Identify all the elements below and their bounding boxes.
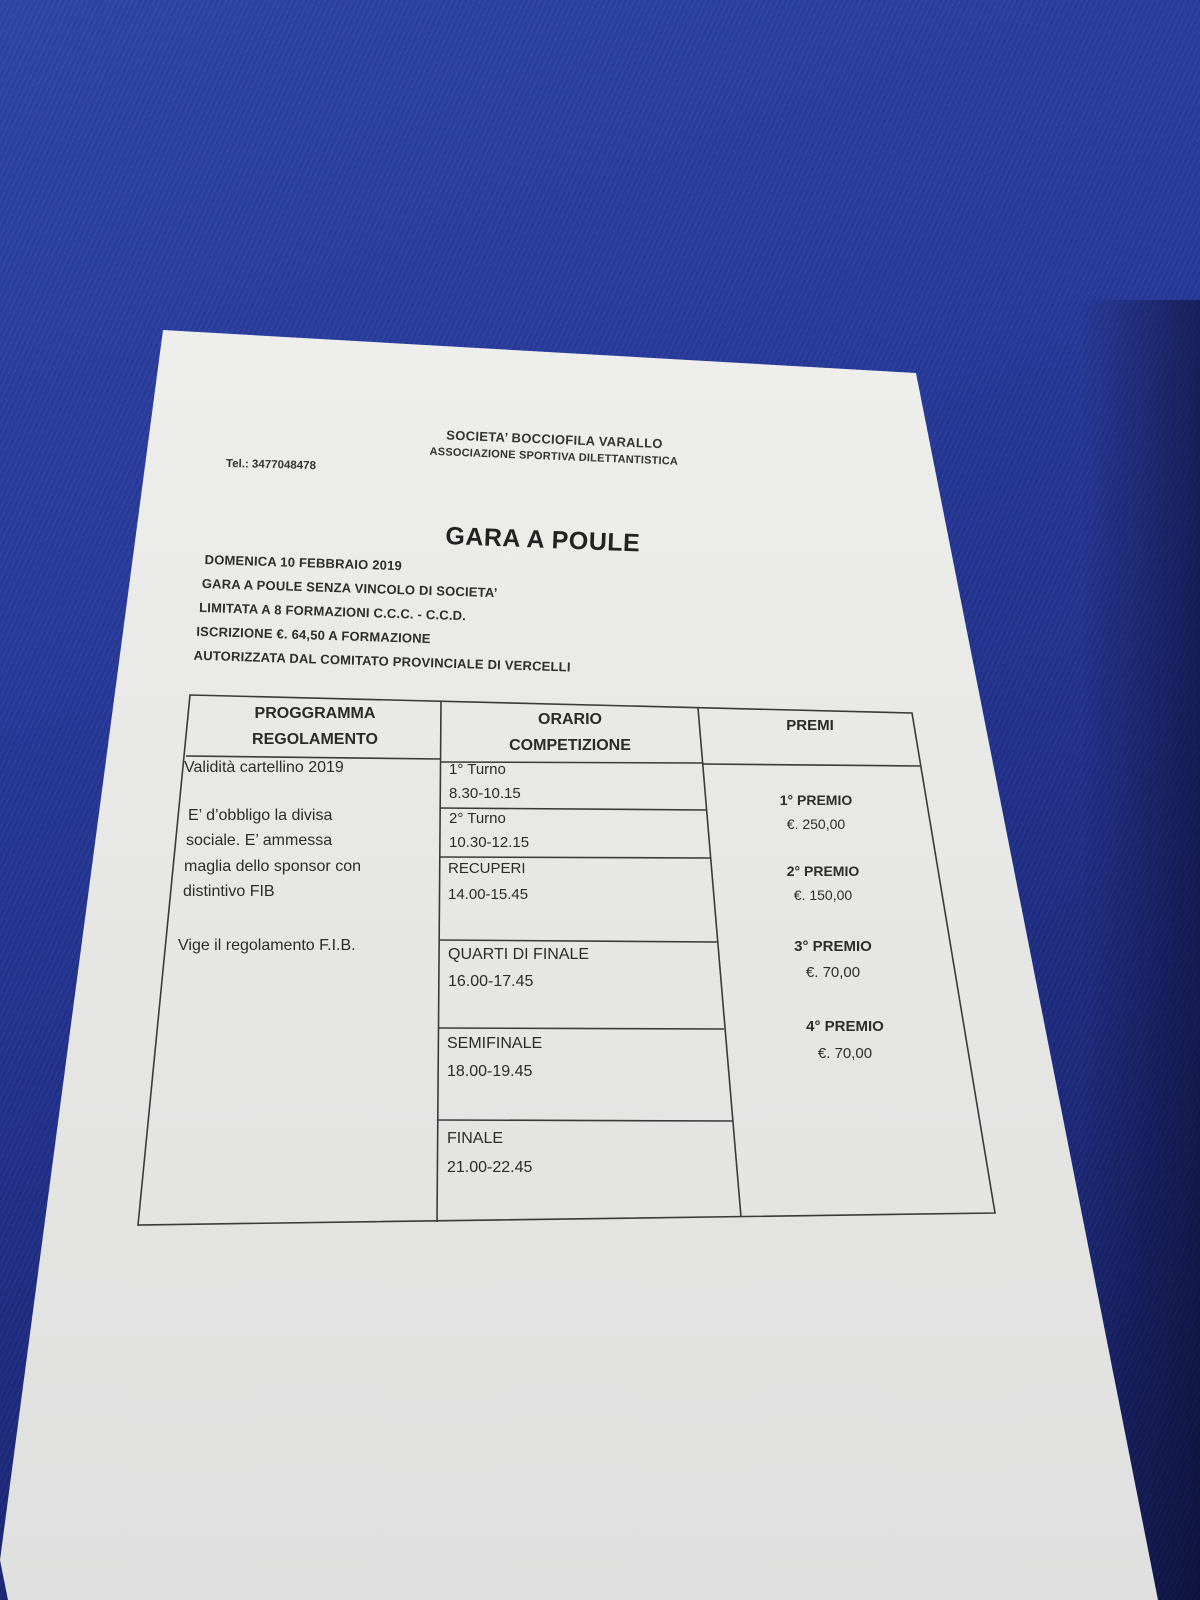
prize-amount: €. 150,00 — [753, 883, 893, 907]
prize-amount: €. 250,00 — [746, 812, 886, 836]
prize-label: 4° PREMIO — [775, 1013, 915, 1040]
schedule-row: 2° Turno 10.30-12.15 — [449, 807, 529, 855]
header-orario-line1: ORARIO — [455, 707, 685, 733]
header-programma: PROGGRAMMA REGOLAMENTO — [200, 701, 430, 753]
header-orario: ORARIO COMPETIZIONE — [455, 707, 685, 759]
schedule-time: 10.30-12.15 — [449, 831, 529, 855]
header-orario-line2: COMPETIZIONE — [455, 733, 685, 759]
schedule-phase: FINALE — [447, 1124, 532, 1153]
schedule-row: 1° Turno 8.30-10.15 — [449, 758, 521, 806]
schedule-row: QUARTI DI FINALE 16.00-17.45 — [448, 941, 589, 995]
prize-amount: €. 70,00 — [763, 960, 903, 986]
prize-item: 1° PREMIO €. 250,00 — [746, 788, 886, 836]
reg-validity: Validità cartellino 2019 — [184, 755, 344, 780]
schedule-phase: 2° Turno — [449, 807, 529, 831]
schedule-time: 18.00-19.45 — [447, 1058, 542, 1086]
schedule-row: RECUPERI 14.00-15.45 — [448, 856, 528, 908]
schedule-row: FINALE 21.00-22.45 — [447, 1124, 532, 1182]
header-programma-line2: REGOLAMENTO — [200, 727, 430, 753]
schedule-row: SEMIFINALE 18.00-19.45 — [447, 1030, 542, 1086]
prize-label: 2° PREMIO — [753, 859, 893, 883]
prize-item: 4° PREMIO €. 70,00 — [775, 1013, 915, 1067]
header-programma-line1: PROGGRAMMA — [200, 701, 430, 727]
prize-label: 1° PREMIO — [746, 788, 886, 812]
prize-item: 3° PREMIO €. 70,00 — [763, 934, 903, 986]
schedule-phase: SEMIFINALE — [447, 1030, 542, 1058]
reg-uniform-line3: maglia dello sponsor con — [184, 854, 361, 879]
prize-item: 2° PREMIO €. 150,00 — [753, 859, 893, 907]
reg-rules: Vige il regolamento F.I.B. — [178, 933, 356, 958]
reg-uniform-line2: sociale. E’ ammessa — [186, 828, 332, 853]
competition-table: PROGGRAMMA REGOLAMENTO ORARIO COMPETIZIO… — [0, 0, 1200, 1600]
flyer-document: SOCIETA’ BOCCIOFILA VARALLO ASSOCIAZIONE… — [0, 0, 1200, 1600]
schedule-time: 16.00-17.45 — [448, 968, 589, 995]
schedule-time: 14.00-15.45 — [448, 882, 528, 908]
schedule-phase: 1° Turno — [449, 758, 521, 782]
reg-uniform-line4: distintivo FIB — [183, 879, 275, 904]
header-premi: PREMI — [715, 713, 905, 739]
table-grid-lines — [0, 0, 1200, 1600]
schedule-phase: QUARTI DI FINALE — [448, 941, 589, 968]
reg-uniform-line1: E’ d’obbligo la divisa — [188, 803, 332, 828]
prize-label: 3° PREMIO — [763, 934, 903, 960]
schedule-time: 21.00-22.45 — [447, 1153, 532, 1182]
schedule-time: 8.30-10.15 — [449, 782, 521, 806]
schedule-phase: RECUPERI — [448, 856, 528, 882]
prize-amount: €. 70,00 — [775, 1040, 915, 1067]
